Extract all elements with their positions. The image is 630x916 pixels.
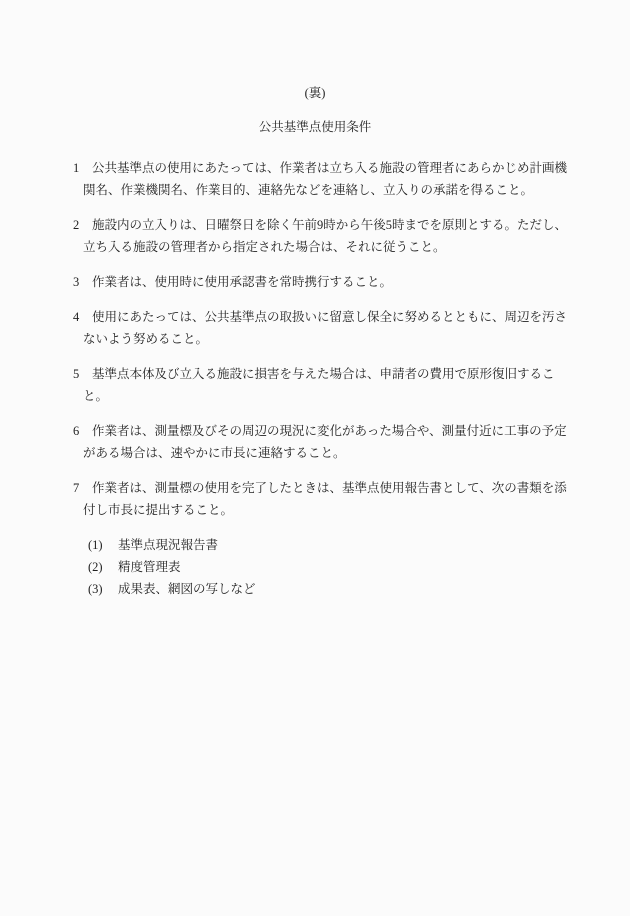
term-text-line: 付し市長に提出すること。 xyxy=(83,499,570,521)
term-text-line: 基準点本体及び立入る施設に損害を与えた場合は、申請者の費用で原形復旧するこ xyxy=(83,363,570,385)
attachment-item-1: (1)基準点現況報告書 xyxy=(88,534,630,556)
term-number: 2 xyxy=(73,214,93,236)
term-number: 7 xyxy=(73,477,93,499)
term-text-line: 作業者は、使用時に使用承認書を常時携行すること。 xyxy=(83,271,570,293)
term-text-line: 施設内の立入りは、日曜祭日を除く午前9時から午後5時までを原則とする。ただし、 xyxy=(83,214,570,236)
page-side-indicator: (裏) xyxy=(0,82,630,104)
term-text-line: 使用にあたっては、公共基準点の取扱いに留意し保全に努めるとともに、周辺を汚さ xyxy=(83,306,570,328)
term-text-line: 作業者は、測量標及びその周辺の現況に変化があった場合や、測量付近に工事の予定 xyxy=(83,420,570,442)
term-item-1: 1 公共基準点の使用にあたっては、作業者は立ち入る施設の管理者にあらかじめ計画機… xyxy=(83,157,570,201)
term-text-line: 作業者は、測量標の使用を完了したときは、基準点使用報告書として、次の書類を添 xyxy=(83,477,570,499)
term-item-2: 2 施設内の立入りは、日曜祭日を除く午前9時から午後5時までを原則とする。ただし… xyxy=(83,214,570,258)
term-item-5: 5 基準点本体及び立入る施設に損害を与えた場合は、申請者の費用で原形復旧するこ … xyxy=(83,363,570,407)
term-number: 5 xyxy=(73,363,93,385)
term-text-line: がある場合は、速やかに市長に連絡すること。 xyxy=(83,442,570,464)
attachment-label: 精度管理表 xyxy=(118,560,181,574)
term-item-3: 3 作業者は、使用時に使用承認書を常時携行すること。 xyxy=(83,271,570,293)
attachment-label: 基準点現況報告書 xyxy=(118,538,218,552)
term-number: 3 xyxy=(73,271,93,293)
term-text-line: ないよう努めること。 xyxy=(83,328,570,350)
term-text-line: と。 xyxy=(83,385,570,407)
term-text-line: 立ち入る施設の管理者から指定された場合は、それに従うこと。 xyxy=(83,236,570,258)
term-number: 4 xyxy=(73,306,93,328)
document-page: (裏) 公共基準点使用条件 1 公共基準点の使用にあたっては、作業者は立ち入る施… xyxy=(0,0,630,916)
attachment-number: (2) xyxy=(88,556,118,578)
attachment-label: 成果表、網図の写しなど xyxy=(118,582,256,596)
attachment-number: (3) xyxy=(88,578,118,600)
term-number: 1 xyxy=(73,157,93,179)
attachment-item-2: (2)精度管理表 xyxy=(88,556,630,578)
document-title: 公共基準点使用条件 xyxy=(0,116,630,138)
terms-list: 1 公共基準点の使用にあたっては、作業者は立ち入る施設の管理者にあらかじめ計画機… xyxy=(0,157,630,600)
term-item-7: 7 作業者は、測量標の使用を完了したときは、基準点使用報告書として、次の書類を添… xyxy=(83,477,570,521)
attachment-item-3: (3)成果表、網図の写しなど xyxy=(88,578,630,600)
term-item-6: 6 作業者は、測量標及びその周辺の現況に変化があった場合や、測量付近に工事の予定… xyxy=(83,420,570,464)
term-text-line: 関名、作業機関名、作業目的、連絡先などを連絡し、立入りの承諾を得ること。 xyxy=(83,179,570,201)
attachment-list: (1)基準点現況報告書 (2)精度管理表 (3)成果表、網図の写しなど xyxy=(0,534,630,600)
term-item-4: 4 使用にあたっては、公共基準点の取扱いに留意し保全に努めるとともに、周辺を汚さ… xyxy=(83,306,570,350)
term-number: 6 xyxy=(73,420,93,442)
term-text-line: 公共基準点の使用にあたっては、作業者は立ち入る施設の管理者にあらかじめ計画機 xyxy=(83,157,570,179)
attachment-number: (1) xyxy=(88,534,118,556)
